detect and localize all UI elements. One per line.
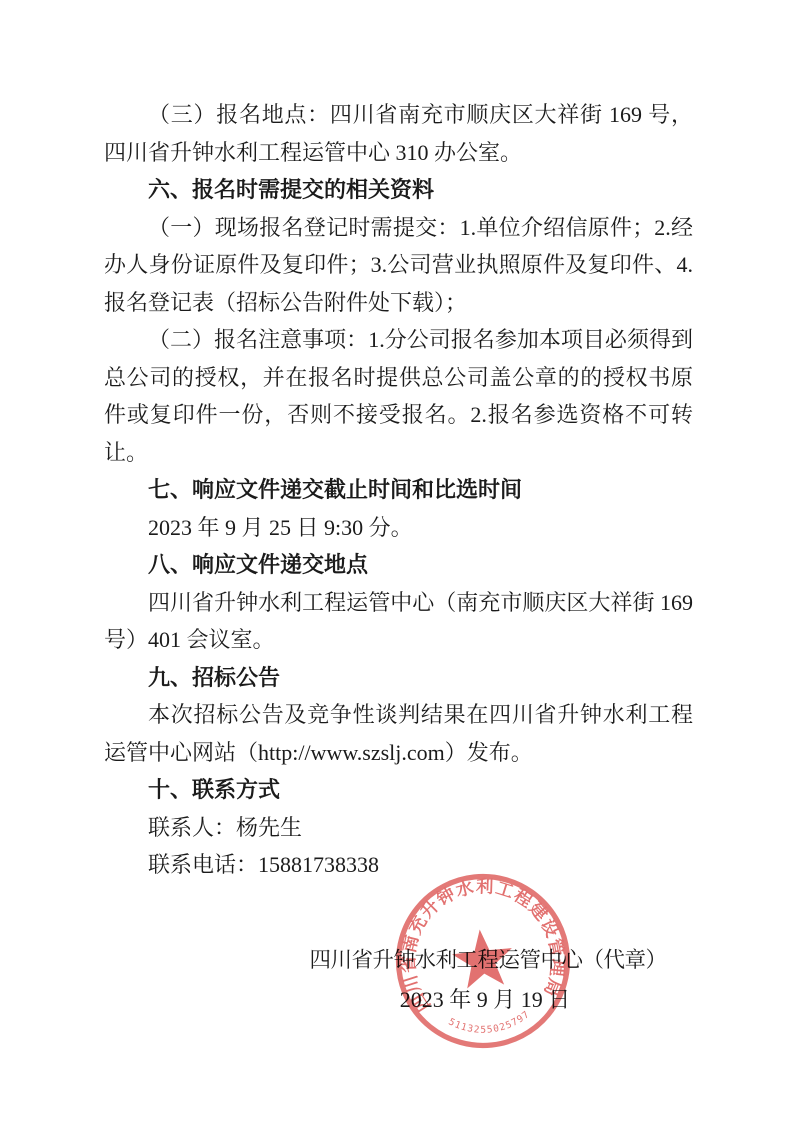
document-body: （三）报名地点：四川省南充市顺庆区大祥街 169 号，四川省升钟水利工程运管中心…	[104, 96, 693, 884]
heading-section-10: 十、联系方式	[104, 771, 693, 809]
document-page: （三）报名地点：四川省南充市顺庆区大祥街 169 号，四川省升钟水利工程运管中心…	[0, 0, 793, 1122]
para-registration-location: （三）报名地点：四川省南充市顺庆区大祥街 169 号，四川省升钟水利工程运管中心…	[104, 96, 693, 171]
heading-section-9: 九、招标公告	[104, 659, 693, 697]
para-contact-phone: 联系电话：15881738338	[104, 846, 693, 884]
heading-section-6: 六、报名时需提交的相关资料	[104, 171, 693, 209]
heading-section-8: 八、响应文件递交地点	[104, 546, 693, 584]
para-announcement-website: 本次招标公告及竞争性谈判结果在四川省升钟水利工程运管中心网站（http://ww…	[104, 696, 693, 771]
para-deadline-time: 2023 年 9 月 25 日 9:30 分。	[104, 509, 693, 547]
signature-org-line: 四川省升钟水利工程运管中心（代章）	[300, 941, 676, 979]
para-registration-notes: （二）报名注意事项：1.分公司报名参加本项目必须得到总公司的授权，并在报名时提供…	[104, 321, 693, 471]
heading-section-7: 七、响应文件递交截止时间和比选时间	[104, 471, 693, 509]
para-contact-person: 联系人：杨先生	[104, 809, 693, 847]
para-submission-address: 四川省升钟水利工程运管中心（南充市顺庆区大祥街 169 号）401 会议室。	[104, 584, 693, 659]
para-onsite-registration: （一）现场报名登记时需提交：1.单位介绍信原件；2.经办人身份证原件及复印件；3…	[104, 209, 693, 322]
signature-date-line: 2023 年 9 月 19 日	[335, 981, 635, 1019]
